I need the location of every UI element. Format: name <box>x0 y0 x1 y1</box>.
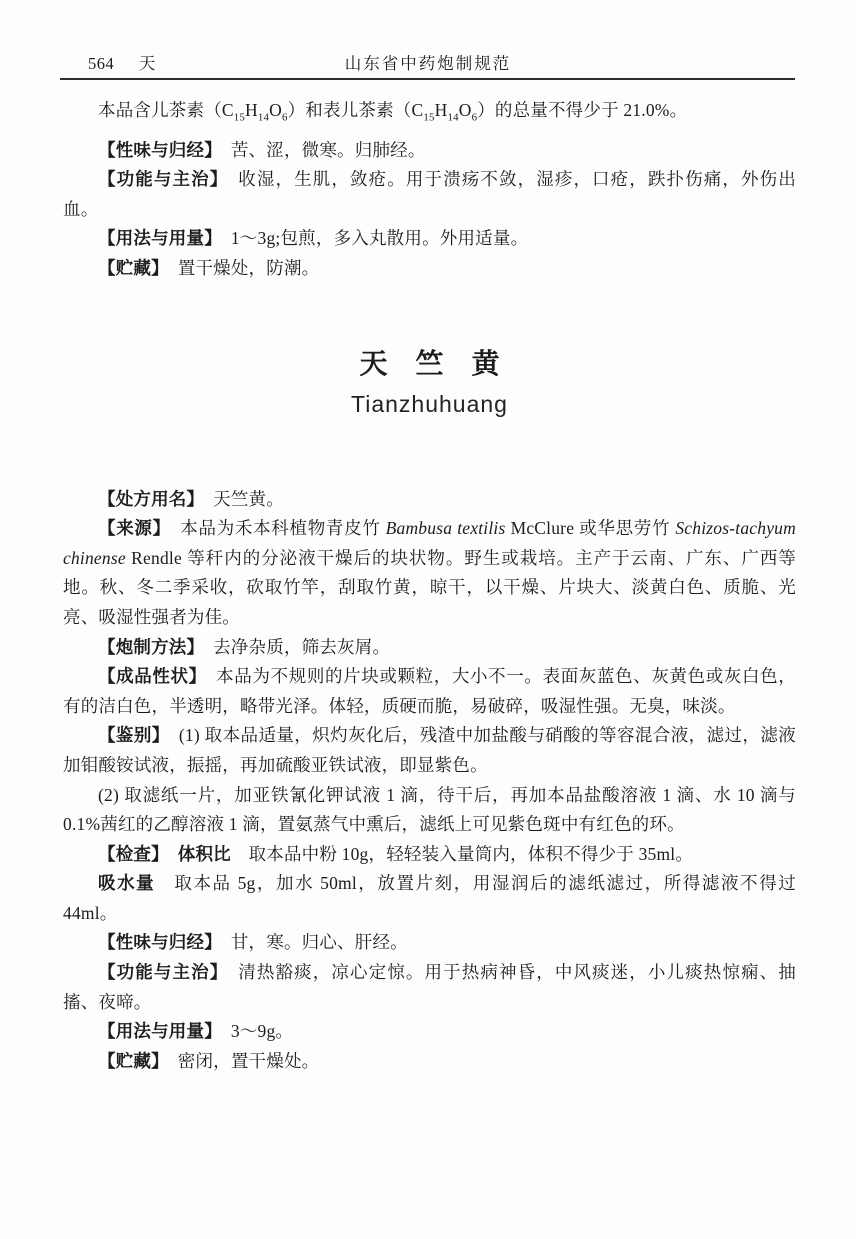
book-title: 山东省中药炮制规范 <box>0 50 856 74</box>
entry-property-meridian: 【性味与归经】 甘，寒。归心、肝经。 <box>63 928 796 958</box>
book-page: 564 天 山东省中药炮制规范 本品含儿茶素（C15H14O6）和表儿茶素（C1… <box>0 0 856 1239</box>
entry-storage: 【贮藏】 密闭，置干燥处。 <box>63 1047 796 1077</box>
entry-property-meridian-top: 【性味与归经】 苦、涩，微寒。归肺经。 <box>63 136 796 166</box>
previous-monograph-tail: 本品含儿茶素（C15H14O6）和表儿茶素（C15H14O6）的总量不得少于 2… <box>63 96 796 284</box>
header-rule <box>60 78 795 80</box>
entry-dosage-top: 【用法与用量】 1～3g;包煎，多入丸散用。外用适量。 <box>63 224 796 254</box>
entry-identification-2: (2) 取滤纸一片，加亚铁氰化钾试液 1 滴，待干后，再加本品盐酸溶液 1 滴、… <box>63 781 796 840</box>
entry-function-indication: 【功能与主治】 清热豁痰，凉心定惊。用于热病神昏，中风痰迷，小儿痰热惊痫、抽搐、… <box>63 958 796 1017</box>
entry-function-indication-top: 【功能与主治】 收湿，生肌，敛疮。用于溃疡不敛，湿疹，口疮，跌扑伤痛，外伤出血。 <box>63 165 796 224</box>
monograph-pinyin: Tianzhuhuang <box>63 391 796 417</box>
entry-prescription-name: 【处方用名】 天竺黄。 <box>63 485 796 515</box>
entry-check-volume-ratio: 【检查】 体积比 取本品中粉 10g，轻轻装入量筒内，体积不得少于 35ml。 <box>63 840 796 870</box>
page-content: 本品含儿茶素（C15H14O6）和表儿茶素（C15H14O6）的总量不得少于 2… <box>63 96 796 1076</box>
monograph-title-block: 天竺黄 Tianzhuhuang <box>63 348 796 417</box>
monograph-title: 天竺黄 <box>63 348 796 382</box>
entry-identification-1: 【鉴别】 (1) 取本品适量，炽灼灰化后，残渣中加盐酸与硝酸的等容混合液，滤过，… <box>63 721 796 780</box>
entry-water-absorption: 吸水量 取本品 5g，加水 50ml，放置片刻，用湿润后的滤纸滤过，所得滤液不得… <box>63 869 796 928</box>
assay-statement: 本品含儿茶素（C15H14O6）和表儿茶素（C15H14O6）的总量不得少于 2… <box>63 96 796 126</box>
entry-storage-top: 【贮藏】 置干燥处，防潮。 <box>63 254 796 284</box>
page-header: 564 天 山东省中药炮制规范 <box>0 50 856 72</box>
entry-dosage: 【用法与用量】 3～9g。 <box>63 1017 796 1047</box>
entry-processing-method: 【炮制方法】 去净杂质，筛去灰屑。 <box>63 633 796 663</box>
entry-product-characters: 【成品性状】 本品为不规则的片块或颗粒，大小不一。表面灰蓝色、灰黄色或灰白色，有… <box>63 662 796 721</box>
entry-source: 【来源】 本品为禾本科植物青皮竹 Bambusa textilis McClur… <box>63 514 796 632</box>
monograph-body: 【处方用名】 天竺黄。 【来源】 本品为禾本科植物青皮竹 Bambusa tex… <box>63 485 796 1077</box>
